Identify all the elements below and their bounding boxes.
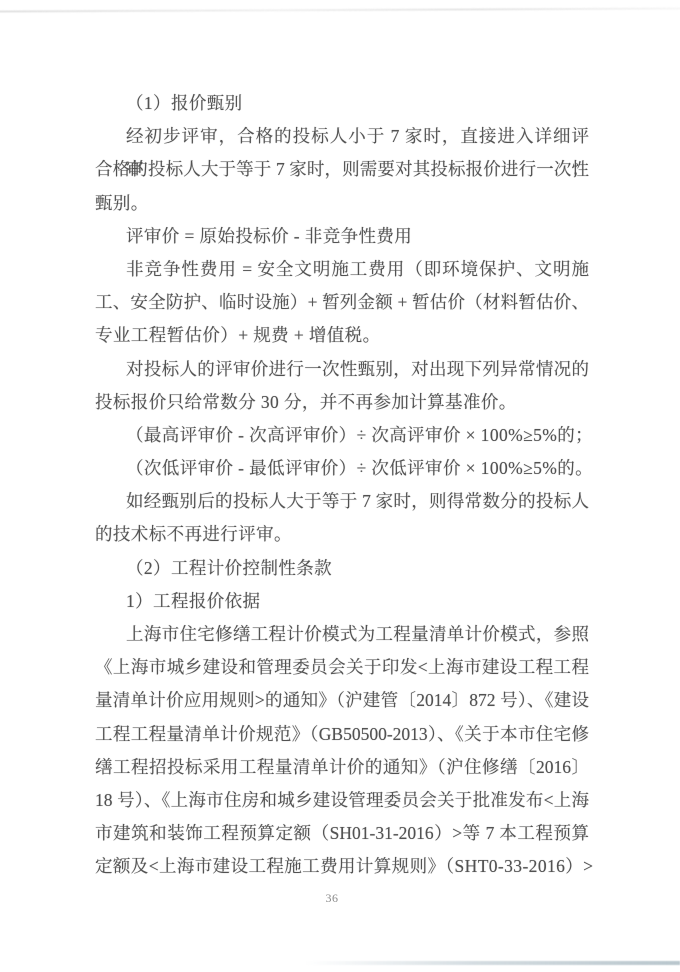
text-line: 经初步评审，合格的投标人小于 7 家时，直接进入详细评审； [95, 120, 589, 153]
scan-edge-artifact-bottom [306, 961, 680, 965]
document-lines: （1）报价甄别经初步评审，合格的投标人小于 7 家时，直接进入详细评审；合格的投… [95, 87, 589, 884]
text-line: 投标报价只给常数分 30 分，并不再参加计算基准价。 [95, 386, 589, 419]
text-line: 1）工程报价依据 [95, 585, 589, 618]
text-line: 工程工程量清单计价规范》（GB50500-2013）、《关于本市住宅修 [95, 718, 589, 751]
text-line: （2）工程计价控制性条款 [95, 552, 589, 585]
text-line: （最高评审价 - 次高评审价）÷ 次高评审价 × 100%≥5%的； [95, 419, 589, 452]
text-line: 对投标人的评审价进行一次性甄别，对出现下列异常情况的 [95, 353, 589, 386]
text-line: 缮工程招投标采用工程量清单计价的通知》（沪住修缮〔2016〕 [95, 751, 589, 784]
page-number: 36 [0, 891, 664, 906]
text-line: 专业工程暂估价）+ 规费 + 增值税。 [95, 319, 589, 352]
text-line: 甄别。 [95, 187, 589, 220]
text-line: 定额及<上海市建设工程施工费用计算规则》（SHT0-33-2016）> [95, 850, 589, 883]
text-line: 市建筑和装饰工程预算定额（SH01-31-2016）>等 7 本工程预算 [95, 817, 589, 850]
text-line: 非竞争性费用 = 安全文明施工费用（即环境保护、文明施 [95, 253, 589, 286]
document-page: （1）报价甄别经初步评审，合格的投标人小于 7 家时，直接进入详细评审；合格的投… [0, 0, 680, 972]
text-line: 如经甄别后的投标人大于等于 7 家时，则得常数分的投标人 [95, 485, 589, 518]
text-line: （次低评审价 - 最低评审价）÷ 次低评审价 × 100%≥5%的。 [95, 452, 589, 485]
text-line: 量清单计价应用规则>的通知》（沪建管〔2014〕872 号）、《建设 [95, 684, 589, 717]
text-line: 评审价 = 原始投标价 - 非竞争性费用 [95, 220, 589, 253]
text-line: 上海市住宅修缮工程计价模式为工程量清单计价模式，参照 [95, 618, 589, 651]
text-line: 18 号）、《上海市住房和城乡建设管理委员会关于批准发布<上海 [95, 784, 589, 817]
text-line: 合格的投标人大于等于 7 家时，则需要对其投标报价进行一次性 [95, 153, 589, 186]
text-line: （1）报价甄别 [95, 87, 589, 120]
text-line: 的技术标不再进行评审。 [95, 518, 589, 551]
scan-edge-artifact-top [0, 7, 680, 12]
text-line: 《上海市城乡建设和管理委员会关于印发<上海市建设工程工程 [95, 651, 589, 684]
text-line: 工、安全防护、临时设施）+ 暂列金额 + 暂估价（材料暂估价、 [95, 286, 589, 319]
